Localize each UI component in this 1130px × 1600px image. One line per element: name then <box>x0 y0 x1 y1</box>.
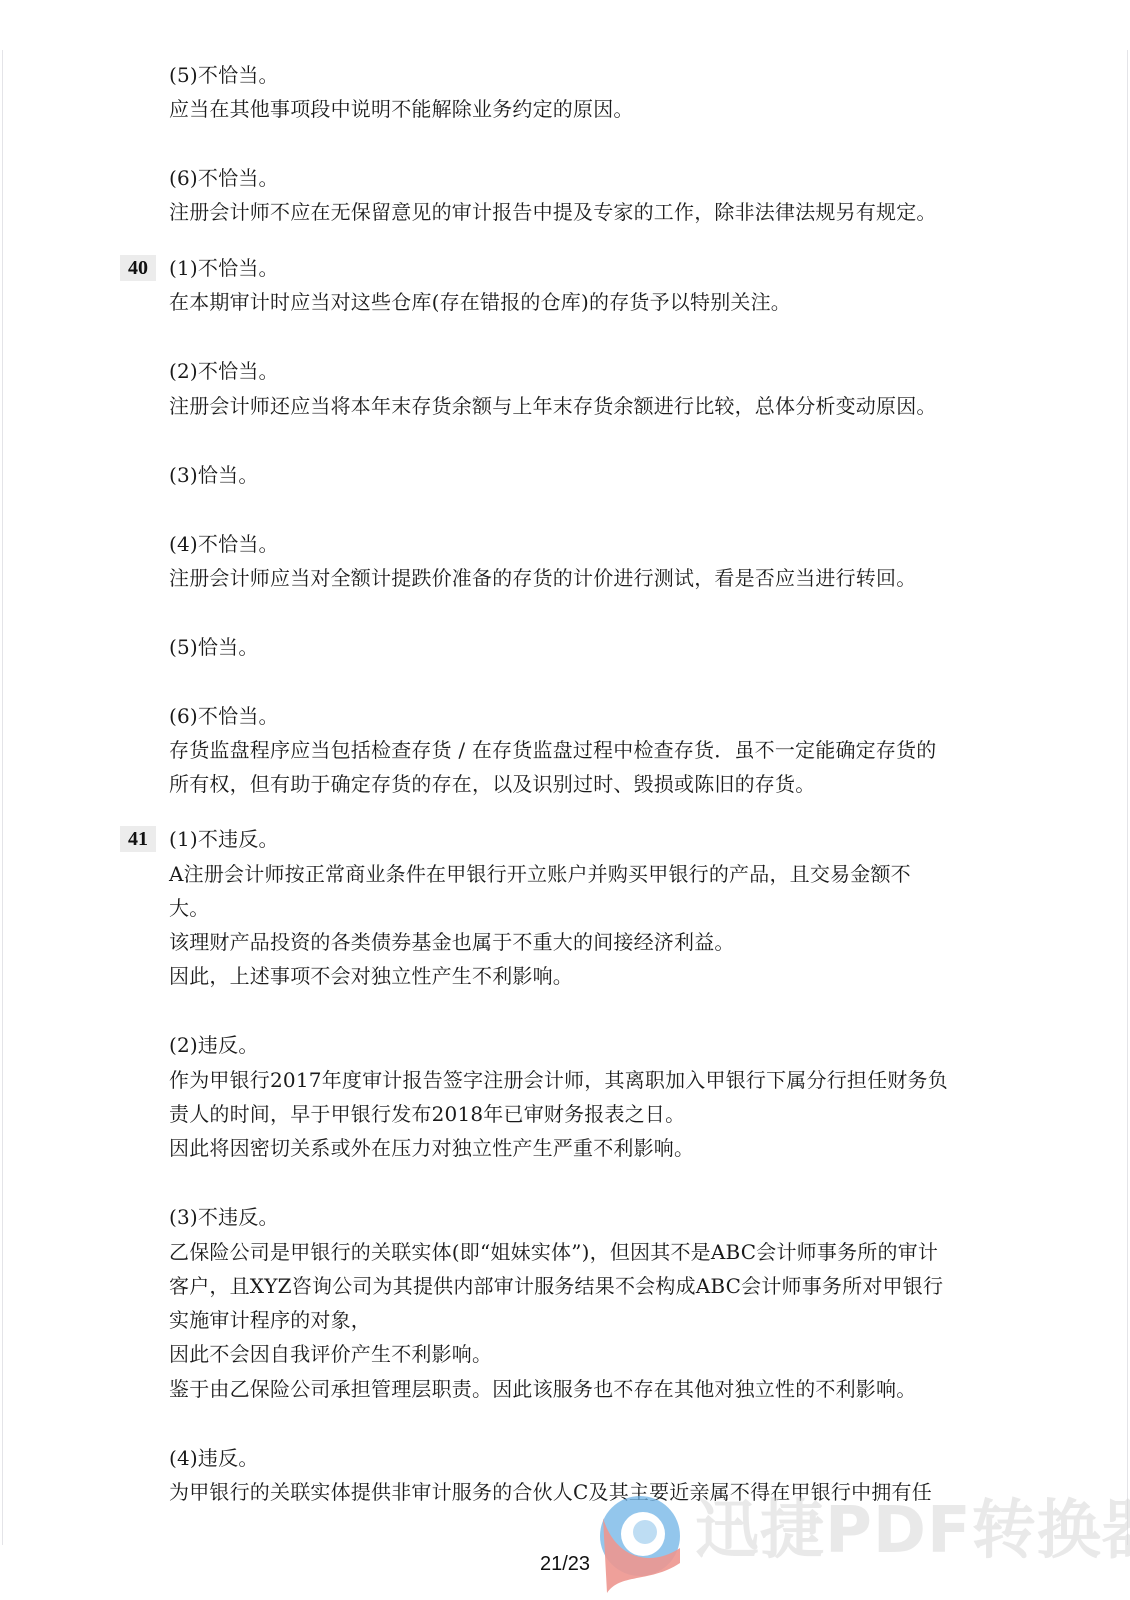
answer-label: (1)不恰当。 <box>169 255 279 281</box>
answer-text: 实施审计程序的对象， <box>169 1307 371 1333</box>
answer-text: 因此，上述事项不会对独立性产生不利影响。 <box>169 963 573 989</box>
page-border-left <box>2 50 3 1545</box>
answer-text: 大。 <box>169 895 209 921</box>
answer-text: 该理财产品投资的各类债券基金也属于不重大的间接经济利益。 <box>169 929 735 955</box>
answer-text: 客户，且XYZ咨询公司为其提供内部审计服务结果不会构成ABC会计师事务所对甲银行 <box>169 1273 943 1299</box>
answer-text: 鉴于由乙保险公司承担管理层职责。因此该服务也不存在其他对独立性的不利影响。 <box>169 1376 916 1402</box>
page-number: 21/23 <box>0 1553 1130 1576</box>
answer-text: 注册会计师不应在无保留意见的审计报告中提及专家的工作，除非法律法规另有规定。 <box>169 199 937 225</box>
answer-label: (5)恰当。 <box>169 634 259 660</box>
answer-label: (2)不恰当。 <box>169 358 279 384</box>
answer-text: 应当在其他事项段中说明不能解除业务约定的原因。 <box>169 96 634 122</box>
answer-text: 因此将因密切关系或外在压力对独立性产生严重不利影响。 <box>169 1135 694 1161</box>
question-number-badge: 41 <box>120 826 156 852</box>
answer-text: 注册会计师还应当将本年末存货余额与上年末存货余额进行比较，总体分析变动原因。 <box>169 393 937 419</box>
answer-text: 责人的时间，早于甲银行发布2018年已审财务报表之日。 <box>169 1101 685 1127</box>
answer-text: 在本期审计时应当对这些仓库(存在错报的仓库)的存货予以特别关注。 <box>169 289 791 315</box>
answer-label: (3)恰当。 <box>169 462 259 488</box>
answer-label: (6)不恰当。 <box>169 165 279 191</box>
answer-text: 乙保险公司是甲银行的关联实体(即“姐妹实体”)，但因其不是ABC会计师事务所的审… <box>169 1239 938 1265</box>
page-border-right <box>1127 50 1128 1545</box>
answer-label: (4)不恰当。 <box>169 531 279 557</box>
answer-label: (1)不违反。 <box>169 826 279 852</box>
answer-text: 注册会计师应当对全额计提跌价准备的存货的计价进行测试，看是否应当进行转回。 <box>169 565 916 591</box>
answer-text: 存货监盘程序应当包括检查存货 / 在存货监盘过程中检查存货．虽不一定能确定存货的 <box>169 737 936 763</box>
question-number-badge: 40 <box>120 255 156 281</box>
answer-text: 所有权，但有助于确定存货的存在，以及识别过时、毁损或陈旧的存货。 <box>169 771 815 797</box>
answer-text: 因此不会因自我评价产生不利影响。 <box>169 1341 492 1367</box>
answer-text: 为甲银行的关联实体提供非审计服务的合伙人C及其主要近亲属不得在甲银行中拥有任 <box>169 1479 932 1505</box>
answer-label: (6)不恰当。 <box>169 703 279 729</box>
answer-text: A注册会计师按正常商业条件在甲银行开立账户并购买甲银行的产品，且交易金额不 <box>169 861 911 887</box>
answer-text: 作为甲银行2017年度审计报告签字注册会计师，其离职加入甲银行下属分行担任财务负 <box>169 1067 948 1093</box>
answer-label: (4)违反。 <box>169 1445 259 1471</box>
answer-label: (2)违反。 <box>169 1032 259 1058</box>
answer-label: (3)不违反。 <box>169 1204 279 1230</box>
answer-label: (5)不恰当。 <box>169 62 279 88</box>
